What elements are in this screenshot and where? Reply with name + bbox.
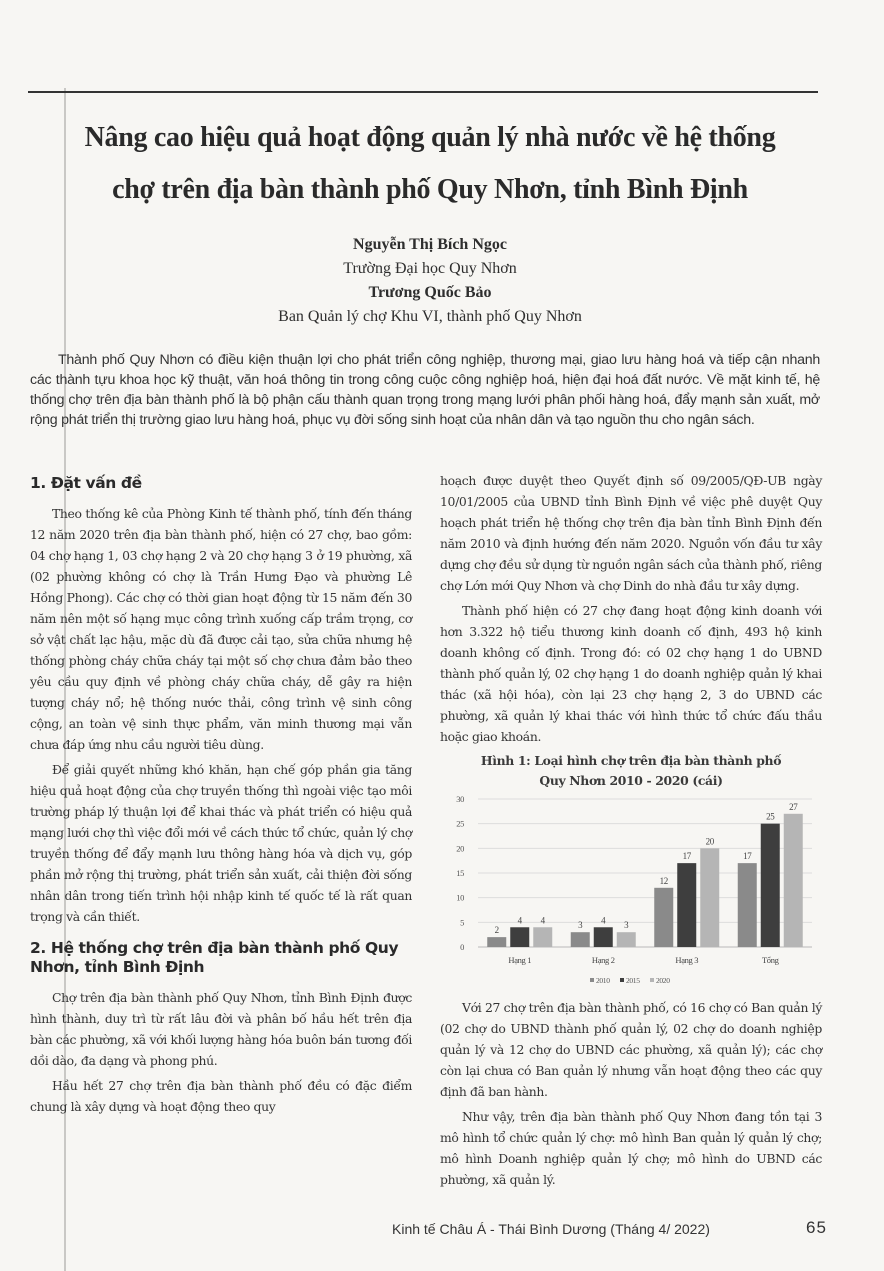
bar	[617, 932, 636, 947]
author-name: Trương Quốc Bảo	[200, 281, 660, 305]
page-number: 65	[806, 1218, 827, 1238]
bar-chart-svg: 051015202530244Hạng 1343Hạng 2121720Hạng…	[440, 793, 822, 993]
y-tick-label: 25	[456, 819, 464, 829]
x-category-label: Hạng 1	[508, 955, 531, 965]
bar	[700, 848, 719, 947]
bar-value-label: 2	[495, 925, 499, 935]
bar-value-label: 17	[683, 851, 692, 861]
bar-value-label: 3	[624, 920, 629, 930]
paragraph: Thành phố hiện có 27 chợ đang hoạt động …	[440, 600, 822, 747]
bar-value-label: 20	[706, 836, 715, 846]
bar-value-label: 3	[578, 920, 583, 930]
paragraph: Theo thống kê của Phòng Kinh tế thành ph…	[30, 503, 412, 755]
bar	[487, 937, 506, 947]
bar-value-label: 4	[518, 915, 523, 925]
bar	[738, 863, 757, 947]
x-category-label: Hạng 3	[675, 955, 698, 965]
legend-label: 2010	[596, 976, 610, 985]
author-affiliation: Ban Quản lý chợ Khu VI, thành phố Quy Nh…	[200, 305, 660, 329]
y-tick-label: 15	[456, 868, 464, 878]
x-category-label: Tổng	[762, 955, 780, 965]
paragraph: Như vậy, trên địa bàn thành phố Quy Nhơn…	[440, 1106, 822, 1190]
bar-value-label: 4	[601, 915, 606, 925]
author-affiliation: Trường Đại học Quy Nhơn	[200, 257, 660, 281]
author-block: Nguyễn Thị Bích Ngọc Trường Đại học Quy …	[200, 233, 660, 329]
journal-footer: Kinh tế Châu Á - Thái Bình Dương (Tháng …	[392, 1221, 710, 1237]
paragraph: hoạch được duyệt theo Quyết định số 09/2…	[440, 470, 822, 596]
bar-value-label: 12	[660, 876, 668, 886]
legend-label: 2020	[656, 976, 670, 985]
right-column: hoạch được duyệt theo Quyết định số 09/2…	[440, 470, 822, 1194]
bar	[677, 863, 696, 947]
legend-swatch	[620, 978, 624, 982]
x-category-label: Hạng 2	[592, 955, 615, 965]
bar-value-label: 27	[789, 802, 798, 812]
bar-chart: 051015202530244Hạng 1343Hạng 2121720Hạng…	[440, 793, 822, 993]
title-line-1: Nâng cao hiệu quả hoạt động quản lý nhà …	[30, 112, 830, 164]
bar	[594, 927, 613, 947]
bar	[654, 888, 673, 947]
section-2-heading: 2. Hệ thống chợ trên địa bàn thành phố Q…	[30, 939, 412, 977]
paragraph: Với 27 chợ trên địa bàn thành phố, có 16…	[440, 997, 822, 1102]
figure-title: Hình 1: Loại hình chợ trên địa bàn thành…	[440, 751, 822, 791]
legend-swatch	[590, 978, 594, 982]
bar	[784, 814, 803, 947]
abstract: Thành phố Quy Nhơn có điều kiện thuận lợ…	[30, 350, 820, 430]
figure-title-line-2: Quy Nhơn 2010 - 2020 (cái)	[440, 771, 822, 791]
bar	[533, 927, 552, 947]
legend-swatch	[650, 978, 654, 982]
y-tick-label: 5	[460, 917, 464, 927]
y-tick-label: 20	[456, 843, 464, 853]
y-tick-label: 10	[456, 893, 464, 903]
left-column: 1. Đặt vấn đề Theo thống kê của Phòng Ki…	[30, 472, 412, 1121]
bar-value-label: 4	[541, 915, 546, 925]
paragraph: Để giải quyết những khó khăn, hạn chế gó…	[30, 759, 412, 927]
figure-title-line-1: Hình 1: Loại hình chợ trên địa bàn thành…	[440, 751, 822, 771]
paragraph: Chợ trên địa bàn thành phố Quy Nhơn, tỉn…	[30, 987, 412, 1071]
bar-value-label: 25	[766, 812, 775, 822]
top-rule	[28, 91, 818, 93]
paragraph: Hầu hết 27 chợ trên địa bàn thành phố đề…	[30, 1075, 412, 1117]
article-title: Nâng cao hiệu quả hoạt động quản lý nhà …	[30, 112, 830, 216]
legend-label: 2015	[626, 976, 640, 985]
y-tick-label: 30	[456, 794, 464, 804]
bar-value-label: 17	[743, 851, 752, 861]
author-name: Nguyễn Thị Bích Ngọc	[200, 233, 660, 257]
y-tick-label: 0	[460, 942, 464, 952]
title-line-2: chợ trên địa bàn thành phố Quy Nhơn, tỉn…	[30, 164, 830, 216]
bar	[510, 927, 529, 947]
bar	[761, 824, 780, 947]
bar	[571, 932, 590, 947]
section-1-heading: 1. Đặt vấn đề	[30, 474, 412, 493]
